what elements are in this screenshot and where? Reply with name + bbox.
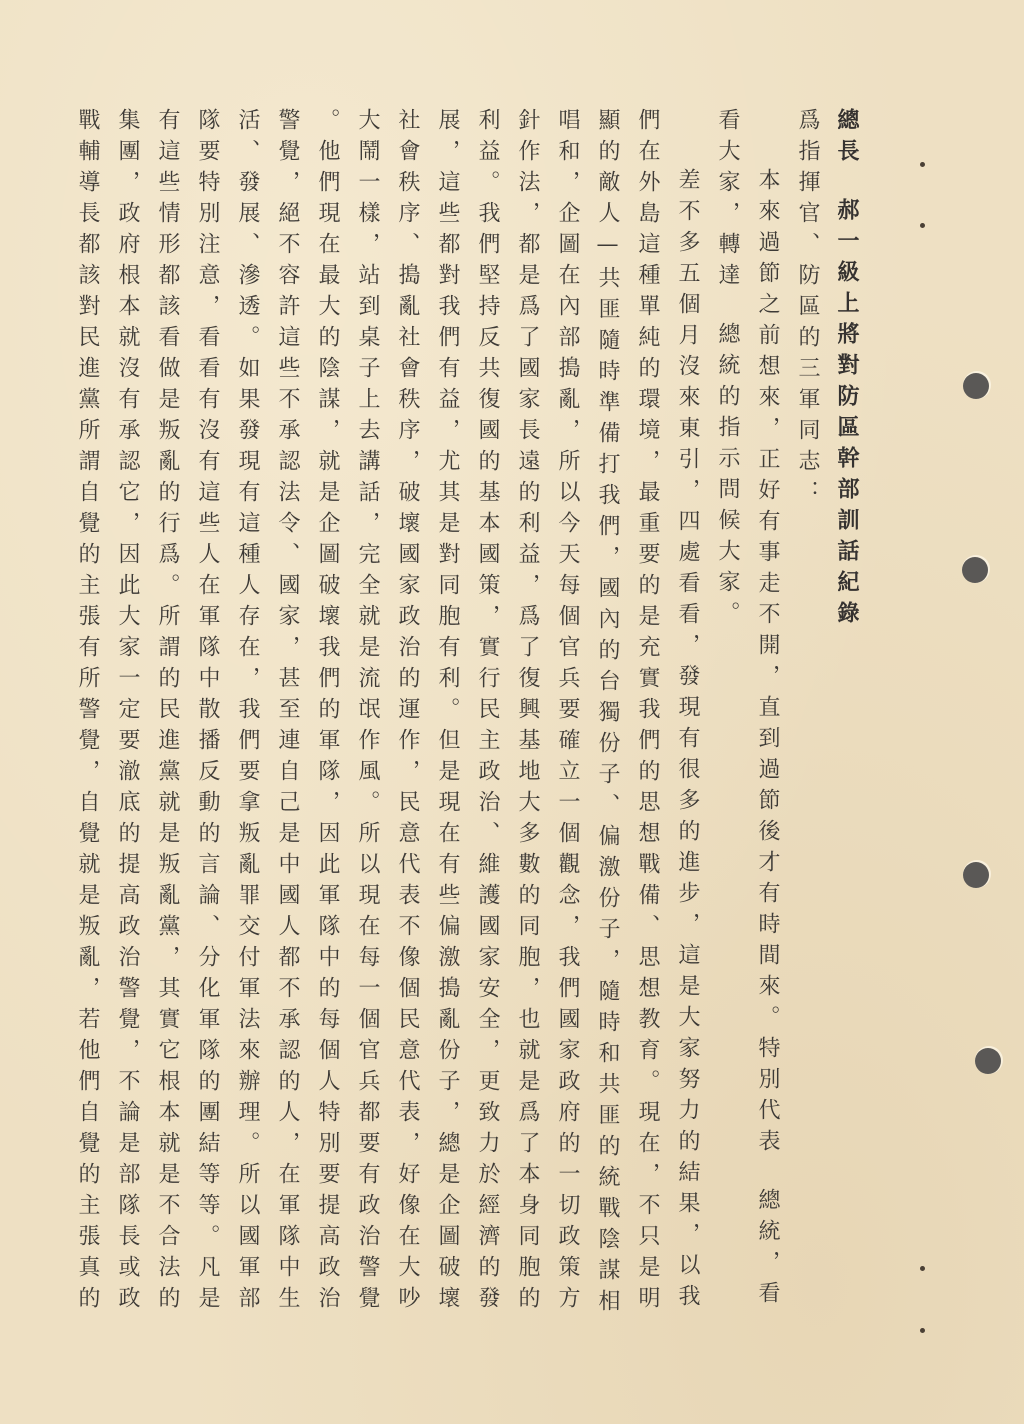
text-column: 利益。我們堅持反共復國的基本國策，實行民主政治、維護國家安全，更致力於經濟的發	[476, 108, 498, 1317]
binder-hole	[963, 373, 989, 399]
text-column: 活、發展、滲透。如果發現有這種人存在，我們要拿叛亂罪交付軍法來辦理。所以國軍部	[236, 108, 258, 1317]
text-column: 本來過節之前想來，正好有事走不開，直到過節後才有時間來。特別代表總統，看	[756, 168, 778, 1312]
pin-dot	[920, 1328, 925, 1333]
salutation-line: 爲指揮官、防區的三軍同志：	[796, 108, 818, 511]
text-fragment: 總統的指示問候大家。	[715, 322, 740, 632]
binder-hole	[962, 557, 988, 583]
pin-dot	[920, 1266, 925, 1271]
binder-hole	[975, 1048, 1001, 1074]
document-title: 總長郝一級上將對防區幹部訓話紀錄	[836, 108, 858, 632]
text-column: 。他們現在最大的陰謀，就是企圖破壞我們的軍隊，因此軍隊中的每個人特別要提高政治	[316, 108, 338, 1317]
text-column: 戰輔導長都該對民進黨所謂自覺的主張有所警覺，自覺就是叛亂，若他們自覺的主張真的	[76, 108, 98, 1317]
text-column: 針作法，都是爲了國家長遠的利益，爲了復興基地大多數的同胞，也就是爲了本身同胞的	[516, 108, 538, 1317]
text-column: 隊要特別注意，看看有沒有這些人在軍隊中散播反動的言論、分化軍隊的團結等等。凡是	[196, 108, 218, 1317]
text-column: 們在外島這種單純的環境，最重要的是充實我們的思想戰備、思想教育。現在，不只是明	[636, 108, 658, 1317]
text-column: 大鬧一樣，站到桌子上去講話，完全就是流氓作風。所以現在每一個官兵都要有政治警覺	[356, 108, 378, 1317]
text-fragment: 本來過節之前想來，正好有事走不開，直到過節後才有時間來。特別代表	[755, 168, 780, 1160]
pin-dot	[920, 223, 925, 228]
text-column: 集團，政府根本就沒有承認它，因此大家一定要澈底的提高政治警覺，不論是部隊長或政	[116, 108, 138, 1317]
text-fragment: 看大家，轉達	[715, 108, 740, 294]
text-column: 有這些情形都該看做是叛亂的行爲。所謂的民進黨就是叛亂黨，其實它根本就是不合法的	[156, 108, 178, 1317]
text-column: 社會秩序、搗亂社會秩序，破壞國家政治的運作，民意代表不像個民意代表，好像在大吵	[396, 108, 418, 1317]
scanned-page: 總長郝一級上將對防區幹部訓話紀錄 爲指揮官、防區的三軍同志： 本來過節之前想來，…	[0, 0, 1024, 1424]
pin-dot	[920, 162, 925, 167]
text-fragment: 總統，看	[755, 1188, 780, 1312]
text-column: 差不多五個月沒來東引，四處看看，發現有很多的進步，這是大家努力的結果，以我	[676, 168, 698, 1315]
text-column: 唱和，企圖在內部搗亂，所以今天每個官兵要確立一個觀念，我們國家政府的一切政策方	[556, 108, 578, 1317]
text-column: 展，這些都對我們有益，尤其是對同胞有利。但是現在有些偏激搗亂份子，總是企圖破壞	[436, 108, 458, 1317]
text-column: 顯的敵人—共匪隨時準備打我們，國內的台獨份子、偏激份子，隨時和共匪的統戰陰謀相	[596, 108, 618, 1320]
title-text: 郝一級上將對防區幹部訓話紀錄	[834, 198, 860, 632]
text-column: 警覺，絕不容許這些不承認法令、國家，甚至連自己是中國人都不承認的人，在軍隊中生	[276, 108, 298, 1317]
binder-hole	[963, 862, 989, 888]
text-column: 看大家，轉達總統的指示問候大家。	[716, 108, 738, 632]
title-speaker: 總長	[834, 108, 860, 170]
